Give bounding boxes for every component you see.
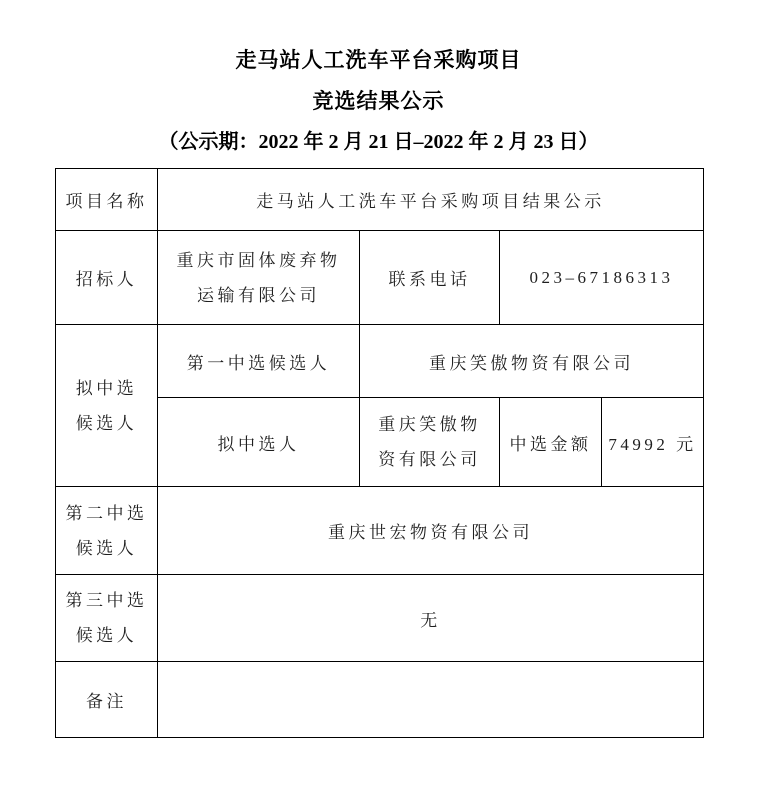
second-candidate-value: 重庆世宏物资有限公司 (158, 487, 704, 575)
proposed-winner-value: 重庆笑傲物 资有限公司 (360, 398, 500, 487)
proposed-candidates-label: 拟中选 候选人 (56, 325, 158, 487)
remarks-label: 备注 (56, 662, 158, 738)
project-name-label: 项目名称 (56, 169, 158, 231)
tenderee-value: 重庆市固体废弃物 运输有限公司 (158, 231, 360, 325)
document-title-line1: 走马站人工洗车平台采购项目 (0, 48, 757, 73)
remarks-value (158, 662, 704, 738)
row-project-name: 项目名称 走马站人工洗车平台采购项目结果公示 (56, 169, 704, 231)
row-tenderee: 招标人 重庆市固体废弃物 运输有限公司 联系电话 023–67186313 (56, 231, 704, 325)
row-remarks: 备注 (56, 662, 704, 738)
document-page: 走马站人工洗车平台采购项目 竞选结果公示 （公示期：2022 年 2 月 21 … (0, 48, 757, 738)
tenderee-label: 招标人 (56, 231, 158, 325)
proposed-winner-label: 拟中选人 (158, 398, 360, 487)
row-second-candidate: 第二中选 候选人 重庆世宏物资有限公司 (56, 487, 704, 575)
contact-phone-value: 023–67186313 (500, 231, 704, 325)
third-candidate-label: 第三中选 候选人 (56, 575, 158, 662)
result-table: 项目名称 走马站人工洗车平台采购项目结果公示 招标人 重庆市固体废弃物 运输有限… (55, 168, 704, 738)
publicity-period: （公示期：2022 年 2 月 21 日–2022 年 2 月 23 日） (0, 130, 757, 155)
contact-phone-label: 联系电话 (360, 231, 500, 325)
row-first-candidate: 拟中选 候选人 第一中选候选人 重庆笑傲物资有限公司 (56, 325, 704, 398)
document-title-line2: 竞选结果公示 (0, 89, 757, 113)
first-candidate-value: 重庆笑傲物资有限公司 (360, 325, 704, 398)
winning-amount-value: 74992 元 (602, 398, 704, 487)
second-candidate-label: 第二中选 候选人 (56, 487, 158, 575)
winning-amount-label: 中选金额 (500, 398, 602, 487)
row-third-candidate: 第三中选 候选人 无 (56, 575, 704, 662)
third-candidate-value: 无 (158, 575, 704, 662)
project-name-value: 走马站人工洗车平台采购项目结果公示 (158, 169, 704, 231)
first-candidate-label: 第一中选候选人 (158, 325, 360, 398)
